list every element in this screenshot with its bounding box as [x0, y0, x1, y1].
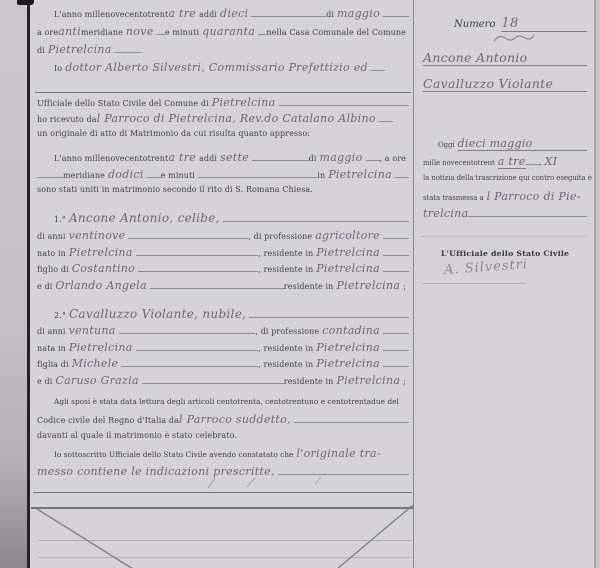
blank-line — [383, 253, 409, 256]
flourish-squiggle — [492, 34, 536, 46]
handwritten-year: a tre — [168, 151, 196, 164]
printed-text: residente in — [284, 282, 334, 291]
blank-line — [366, 158, 380, 161]
printed-text: figlio di — [37, 265, 69, 274]
registration-time-line: a oreantimeridiane nove e minuti quarant… — [37, 25, 409, 38]
printed-text: Oggi — [438, 141, 455, 149]
handwritten-official: dottor Alberto Silvestri, Commissario Pr… — [65, 61, 368, 74]
handwritten-hour: nove — [126, 25, 154, 38]
printed-text: nata in — [37, 344, 66, 353]
blank-line — [138, 269, 258, 272]
printed-text: di — [326, 10, 334, 19]
printed-text: di anni — [37, 232, 66, 241]
handwritten-residence: Pietrelcina — [336, 279, 400, 292]
handwritten-birthplace: Pietrelcina — [69, 341, 133, 354]
section-rule — [35, 92, 411, 93]
registration-date-line: L'anno millenovecentotrenta tre addì die… — [54, 7, 409, 20]
printed-text: , residente in — [258, 265, 313, 274]
handwritten-month: maggio — [320, 151, 363, 164]
handwritten-hour: dodici — [108, 168, 144, 181]
marriage-rite-line: sono stati uniti in matrimonio secondo i… — [37, 185, 409, 198]
marriage-certificate-scan: L'anno millenovecentotrenta tre addì die… — [0, 0, 600, 568]
transcription-notice-line: la notizia della trascrizione qui contro… — [423, 174, 587, 182]
handwritten-month: maggio — [337, 7, 380, 20]
groom-birth-line: nato in Pietrelcina , residente in Pietr… — [37, 246, 409, 259]
blank-line — [121, 364, 258, 367]
printed-text: , di professione — [255, 327, 319, 336]
bride-age-line: di anni ventuna , di professione contadi… — [37, 324, 409, 337]
handwritten-mother: Caruso Grazia — [55, 374, 138, 387]
printed-text: ; — [403, 282, 406, 291]
closing-statement-line: Io sottoscritto Ufficiale dello Stato Ci… — [54, 447, 409, 460]
handwritten-town: Pietrelcina — [48, 43, 112, 56]
printed-text: ho ricevuto da — [37, 115, 97, 124]
handwritten-year: a tre — [498, 155, 526, 169]
groom-number: 1.° — [54, 215, 66, 224]
blank-line — [278, 472, 409, 475]
printed-text: un originale di atto di Matrimonio da cu… — [37, 129, 310, 138]
blank-line — [258, 32, 266, 35]
printed-text: Agli sposi è stata data lettura degli ar… — [54, 397, 399, 406]
receipt-from-line: ho ricevuto dal Parroco di Pietrelcina, … — [37, 112, 409, 125]
footer-rule-lower — [31, 507, 413, 509]
closing-articles-line: Agli sposi è stata data lettura degli ar… — [54, 397, 409, 410]
blank-line — [371, 68, 385, 71]
printed-text: davanti al quale il matrimonio è stato c… — [37, 431, 237, 440]
blank-line — [128, 236, 248, 239]
printed-text: a ore — [37, 28, 58, 37]
handwritten-year: a tre — [168, 7, 196, 20]
numero-label: Numero — [454, 19, 495, 30]
blank-line — [395, 175, 409, 178]
printed-text: e minuti — [165, 28, 199, 37]
handwritten-residence: Pietrelcina — [316, 341, 380, 354]
handwritten-statement: messo contiene le indicazioni prescritte… — [37, 465, 275, 478]
handwritten-celebrant: l Parroco suddetto, — [179, 413, 291, 426]
printed-text: meridiane — [63, 171, 105, 180]
groom-age-line: di anni ventinove , di professione agric… — [37, 229, 409, 242]
blank-line — [249, 315, 409, 318]
handwritten-bride-name: Cavalluzzo Violante, nubile, — [69, 307, 246, 321]
blank-line — [119, 331, 256, 334]
handwritten-residence: Pietrelcina — [336, 374, 400, 387]
blank-line — [198, 175, 317, 178]
scan-left-strip — [0, 0, 27, 568]
blank-line — [294, 420, 409, 423]
handwritten-groom-name: Ancone Antonio — [423, 50, 587, 66]
printed-text: Io sottoscritto Ufficiale dello Stato Ci… — [54, 450, 293, 459]
signature-underline — [422, 283, 526, 284]
handwritten-profession: contadina — [322, 324, 380, 337]
page-left-border — [27, 0, 30, 568]
blank-line — [157, 32, 165, 35]
blank-line — [383, 364, 409, 367]
printed-text: , di professione — [248, 232, 312, 241]
blank-line — [383, 331, 409, 334]
blank-line — [279, 103, 409, 106]
footer-rule-upper — [33, 492, 412, 493]
printed-text: di anni — [37, 327, 66, 336]
margin-column: Numero 18 Ancone Antonio Cavalluzzo Viol… — [414, 0, 594, 568]
printed-text: Ufficiale dello Stato Civile del Comune … — [37, 99, 209, 108]
bride-number: 2.° — [54, 311, 66, 320]
handwritten-destination: trelcina — [423, 207, 468, 220]
handwritten-groom-name: Ancone Antonio, celibe, — [69, 211, 220, 225]
blank-line — [136, 253, 259, 256]
printed-text: stata trasmessa a — [423, 194, 484, 202]
blank-line — [251, 14, 326, 17]
printed-text: residente in — [284, 377, 334, 386]
printed-text: in — [317, 171, 325, 180]
printed-text: L'anno millenovecentotrent — [54, 10, 168, 19]
printed-text: , residente in — [258, 249, 313, 258]
handwritten-minutes: quaranta — [202, 25, 255, 38]
handwritten-day: sette — [220, 151, 249, 164]
bride-father-line: figlia di Michele , residente in Pietrel… — [37, 357, 409, 370]
handwritten-father: Michele — [72, 357, 119, 370]
blank-line — [252, 158, 309, 161]
printed-text: ; — [403, 377, 406, 386]
registration-town-line: di Pietrelcina — [37, 43, 409, 56]
blank-line — [468, 214, 587, 217]
printed-text: e di — [37, 377, 52, 386]
handwritten-statement: l'originale tra- — [296, 447, 380, 460]
blank-line — [223, 219, 409, 222]
groom-father-line: figlio di Costantino , residente in Piet… — [37, 262, 409, 275]
handwritten-father: Costantino — [72, 262, 135, 275]
printed-text: nato in — [37, 249, 66, 258]
marriage-time-line: meridiane dodici e minuti in Pietrelcina — [37, 168, 409, 181]
printed-text: addì — [199, 10, 217, 19]
receipt-office-line: Ufficiale dello Stato Civile del Comune … — [37, 96, 409, 109]
transcription-year-line: mille novecentotrenta tre , XI — [423, 155, 587, 169]
transcription-sent-line-2: trelcina — [423, 207, 587, 220]
transcription-sent-line: stata trasmessa al Parroco di Pie- — [423, 190, 587, 203]
groom-mother-line: e di Orlando Angela residente in Pietrel… — [37, 279, 409, 292]
handwritten-residence: Pietrelcina — [316, 246, 380, 259]
blank-line — [147, 175, 161, 178]
printed-text: addì — [199, 154, 217, 163]
bride-mother-line: e di Caruso Grazia residente in Pietrelc… — [37, 374, 409, 387]
blank-line — [526, 162, 540, 165]
handwritten-town: Pietrelcina — [328, 168, 392, 181]
handwritten-signature: A. Silvestri — [444, 257, 529, 278]
official-signature-line: A. Silvestri — [444, 260, 587, 275]
numero-line: Numero 18 — [454, 16, 587, 32]
handwritten-bride-name: Cavalluzzo Violante — [423, 76, 587, 92]
closing-celebration-line: davanti al quale il matrimonio è stato c… — [37, 431, 409, 444]
registration-official-line: Io dottor Alberto Silvestri, Commissario… — [54, 61, 409, 74]
printed-text: Io — [54, 64, 62, 73]
printed-text: Codice civile del Regno d'Italia da — [37, 416, 179, 425]
marriage-date-line: L'anno millenovecentotrenta tre addì set… — [54, 151, 409, 164]
transcription-date-line: Oggi dieci maggio — [438, 137, 587, 151]
handwritten-mother: Orlando Angela — [55, 279, 146, 292]
bride-name-line: 2.° Cavalluzzo Violante, nubile, — [54, 307, 409, 320]
printed-text: L'anno millenovecentotrent — [54, 154, 168, 163]
act-body: L'anno millenovecentotrenta tre addì die… — [31, 0, 412, 568]
signature-dotted-rule — [422, 236, 586, 237]
blank-line — [142, 381, 284, 384]
handwritten-sender: l Parroco di Pietrelcina, Rev.do Catalan… — [97, 112, 376, 125]
printed-text: e minuti — [161, 171, 195, 180]
printed-text: , a ore — [380, 154, 406, 163]
handwritten-ampm: anti — [58, 25, 81, 38]
printed-text: nella Casa Comunale del Comune — [266, 28, 406, 37]
printed-text: di — [37, 46, 45, 55]
blank-line — [37, 175, 63, 178]
groom-name-line: 1.° Ancone Antonio, celibe, — [54, 211, 409, 224]
official-title-line: L'Ufficiale dello Stato Civile — [423, 249, 587, 258]
margin-bride-name: Cavalluzzo Violante — [423, 76, 587, 92]
receipt-object-line: un originale di atto di Matrimonio da cu… — [37, 129, 409, 142]
handwritten-birthplace: Pietrelcina — [69, 246, 133, 259]
printed-text: , — [540, 159, 542, 167]
blank-line — [383, 348, 409, 351]
handwritten-age: ventinove — [69, 229, 126, 242]
footer-faint-rule — [38, 557, 412, 558]
closing-statement-line-2: messo contiene le indicazioni prescritte… — [37, 465, 409, 478]
official-title: L'Ufficiale dello Stato Civile — [441, 249, 569, 258]
printed-text: la notizia della trascrizione qui contro… — [423, 174, 592, 182]
handwritten-era-year: XI — [545, 155, 558, 168]
handwritten-residence: Pietrelcina — [316, 357, 380, 370]
closing-code-line: Codice civile del Regno d'Italia dal Par… — [37, 413, 409, 426]
blank-line — [379, 119, 393, 122]
blank-line — [383, 14, 409, 17]
printed-text: meridiane — [81, 28, 123, 37]
handwritten-town: Pietrelcina — [212, 96, 276, 109]
blank-line — [383, 236, 409, 239]
printed-text: di — [309, 154, 317, 163]
printed-text: e di — [37, 282, 52, 291]
printed-text: sono stati uniti in matrimonio secondo i… — [37, 185, 313, 194]
printed-text: figlia di — [37, 360, 69, 369]
printed-text: , residente in — [258, 360, 313, 369]
blank-line — [115, 50, 141, 53]
bride-birth-line: nata in Pietrelcina , residente in Pietr… — [37, 341, 409, 354]
margin-groom-name: Ancone Antonio — [423, 50, 587, 66]
numero-value: 18 — [501, 16, 587, 32]
printed-text: , residente in — [258, 344, 313, 353]
footer-faint-rule — [38, 540, 412, 541]
printed-text: mille novecentotrent — [423, 159, 495, 167]
blank-line — [150, 286, 284, 289]
blank-line — [383, 269, 409, 272]
handwritten-destination: l Parroco di Pie- — [487, 190, 581, 203]
blank-line — [136, 348, 259, 351]
handwritten-age: ventuna — [69, 324, 116, 337]
handwritten-date: dieci maggio — [458, 137, 587, 151]
handwritten-residence: Pietrelcina — [316, 262, 380, 275]
scan-right-strip — [596, 0, 600, 568]
handwritten-profession: agricoltore — [315, 229, 380, 242]
handwritten-day: dieci — [220, 7, 248, 20]
